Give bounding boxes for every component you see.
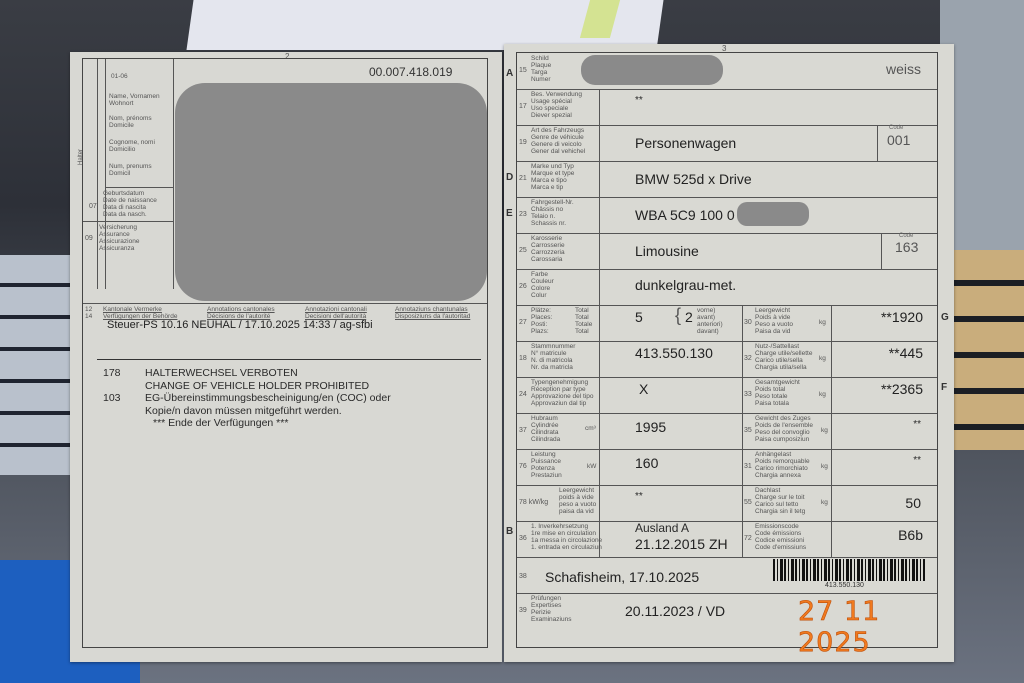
annotation-col-fr: Annotations cantonalesDécisions de l'aut… — [207, 306, 275, 320]
insurance-labels: VersicherungAssuranceAssicurazioneAssicu… — [99, 224, 139, 252]
first-registration-origin: Ausland A — [635, 521, 689, 535]
seats-front: 2 — [685, 309, 693, 325]
empty-weight-value: **1920 — [881, 309, 923, 325]
section-letter-b: B — [506, 526, 513, 537]
birthdate-labels: GeburtsdatumDate de naissanceData di nas… — [103, 190, 157, 218]
first-registration-date: 21.12.2015 ZH — [635, 536, 728, 552]
field-range: 01-06 — [111, 73, 128, 80]
decree-178: 178 HALTERWECHSEL VERBOTENCHANGE OF VEHI… — [103, 367, 391, 392]
row-vehicle-type: 19 Art des FahrzeugsGenre de véhiculeGen… — [517, 125, 937, 162]
redacted-chassis-suffix — [737, 202, 809, 226]
decrees-list: 178 HALTERWECHSEL VERBOTENCHANGE OF VEHI… — [103, 367, 391, 430]
section-letter-a: A — [506, 68, 513, 79]
section-letter-f: F — [941, 382, 947, 393]
birthdate-field-number: 07 — [89, 203, 97, 210]
annotation-col-de: Kantonale VermerkeVerfügungen der Behörd… — [103, 306, 177, 320]
power-weight-value: ** — [635, 491, 643, 502]
type-approval-value: X — [639, 381, 648, 397]
plate-color: weiss — [886, 61, 921, 77]
insurance-field-number: 09 — [85, 235, 93, 242]
row-power-weight-roof-load: 78 kW/kg Leergewichtpoids à videpeso a v… — [517, 485, 937, 522]
annotation-col-rm: Annotaziuns chantunalasDisposiziuns da l… — [395, 306, 470, 320]
row-body: 25 KarosserieCarrosserieCarrozzeriaCaros… — [517, 233, 937, 270]
holder-label-fr: Nom, prénomsDomicile — [109, 115, 152, 129]
section-letter-e: E — [506, 208, 513, 219]
row-power-trailer-load: 76 LeistungPuissancePotenzaPrestaziun kW… — [517, 449, 937, 486]
trailer-load-value: ** — [913, 455, 921, 466]
emission-code-value: B6b — [898, 527, 923, 543]
row-chassis: 23 Fahrgestell-Nr.Châssis noTelaio n.Sch… — [517, 197, 937, 234]
holder-label-it: Cognome, nomiDomicilio — [109, 139, 155, 153]
vehicle-type-code: 001 — [887, 132, 910, 148]
date-stamp: 27 11 2025 — [798, 596, 960, 658]
row-special-use: 17 Bes. VerwendungUsage spécialUso speci… — [517, 89, 937, 126]
make-model-value: BMW 525d x Drive — [635, 171, 752, 187]
redacted-holder-info — [175, 83, 487, 301]
row-plate: 15 SchildPlaqueTargaNumer weiss — [517, 53, 937, 90]
matriculation-value: 413.550.130 — [635, 345, 713, 361]
body-value: Limousine — [635, 243, 699, 259]
row-seats-empty-weight: 27 Plätze:Places:Posti:Plazs: TotalTotal… — [517, 305, 937, 342]
special-use-value: ** — [635, 95, 643, 106]
decree-103: 103 EG-Übereinstimmungsbescheinigung/en … — [103, 392, 391, 430]
redacted-plate-number — [581, 55, 723, 85]
section-letter-d: D — [506, 172, 513, 183]
annotation-numbers: 1214 — [85, 306, 92, 320]
holder-label-column: Halter 01-06 Name, VornamenWohnort Nom, … — [83, 59, 174, 289]
plate-labels: SchildPlaqueTargaNumer — [531, 55, 551, 83]
roof-load-value: 50 — [905, 495, 921, 511]
annotation-col-it: Annotazioni cantonaliDecisioni dell'auto… — [305, 306, 367, 320]
row-type-approval-total-weight: 24 TypengenehmigungRéception par typeApp… — [517, 377, 937, 414]
tax-line: Steuer-PS 10.16 NEUHAL / 17.10.2025 14:3… — [107, 319, 373, 331]
holder-label-de: Name, VornamenWohnort — [109, 93, 160, 107]
row-place-date: 38 Schafisheim, 17.10.2025 413.550.130 — [517, 557, 937, 594]
vehicle-registration-document: 2 00.007.418.019 Halter 01-06 Name, Vorn… — [70, 40, 960, 665]
barcode-number: 413.550.130 — [825, 582, 864, 589]
body-code: 163 — [895, 239, 918, 255]
right-page: 3 A D E B G F 15 SchildPlaqueTargaNumer … — [504, 44, 954, 662]
train-weight-value: ** — [913, 419, 921, 430]
row-matriculation-payload: 18 StammnummerN° matriculeN. di matricol… — [517, 341, 937, 378]
payload-value: **445 — [889, 345, 923, 361]
seats-total: 5 — [635, 309, 643, 325]
right-page-frame: 15 SchildPlaqueTargaNumer weiss 17 Bes. … — [516, 52, 938, 648]
row-make-model: 21 Marke und TypMarque et typeMarca e ti… — [517, 161, 937, 198]
displacement-value: 1995 — [635, 419, 666, 435]
color-value: dunkelgrau-met. — [635, 277, 736, 293]
place-date-value: Schafisheim, 17.10.2025 — [545, 569, 699, 585]
chassis-value: WBA 5C9 100 0 — [635, 207, 735, 223]
holder-side-label: Halter — [78, 149, 84, 165]
vehicle-type-value: Personenwagen — [635, 135, 736, 151]
row-color: 26 FarbeCouleurColoreColur dunkelgrau-me… — [517, 269, 937, 306]
row-first-registration-emission: 36 1. Inverkehrsetzung1re mise en circul… — [517, 521, 937, 558]
left-page: 2 00.007.418.019 Halter 01-06 Name, Vorn… — [70, 52, 502, 662]
total-weight-value: **2365 — [881, 381, 923, 397]
section-letter-g: G — [941, 312, 949, 323]
serial-number: 00.007.418.019 — [369, 65, 452, 79]
left-page-frame: 00.007.418.019 Halter 01-06 Name, Vornam… — [82, 58, 488, 648]
power-value: 160 — [635, 455, 658, 471]
row-displacement-train-weight: 37 HubraumCylindréeCilindrataCilindrada … — [517, 413, 937, 450]
inspections-value: 20.11.2023 / VD — [625, 603, 725, 619]
holder-label-rm: Num, prenumsDomicil — [109, 163, 152, 177]
barcode — [773, 559, 925, 581]
